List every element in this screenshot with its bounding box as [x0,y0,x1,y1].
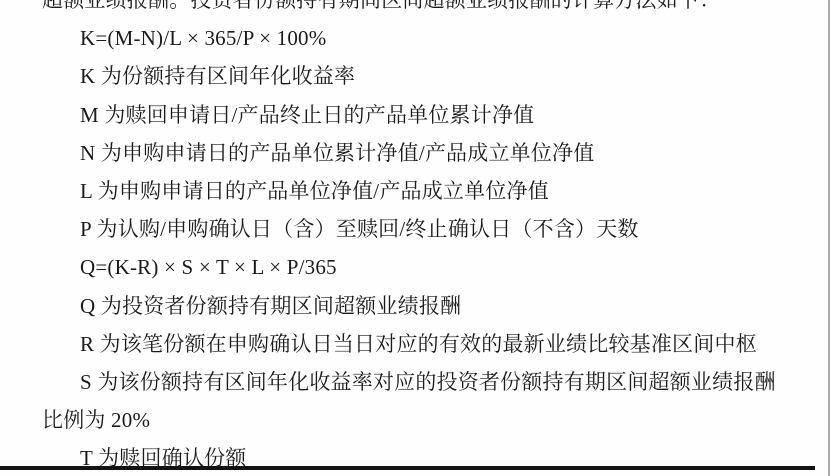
definition-s-wrap-ratio: 比例为 20% [42,401,830,439]
definition-s: S 为该份额持有区间年化收益率对应的投资者份额持有期区间超额业绩报酬 [80,363,830,401]
bottom-border-line [0,466,815,470]
definition-t: T 为赎回确认份额 [80,439,830,476]
definition-l: L 为申购申请日的产品单位净值/产品成立单位净值 [80,172,830,210]
clipped-top-line: 超额业绩报酬。投资者份额持有期间区间超额业绩报酬的计算方法如下： [42,0,830,19]
formula-k-annualized-return: K=(M-N)/L × 365/P × 100% [80,19,830,57]
definition-q: Q 为投资者份额持有期区间超额业绩报酬 [80,287,830,325]
document-page: 超额业绩报酬。投资者份额持有期间区间超额业绩报酬的计算方法如下： K=(M-N)… [0,0,830,476]
definition-m: M 为赎回申请日/产品终止日的产品单位累计净值 [80,96,830,134]
definition-n: N 为申购申请日的产品单位累计净值/产品成立单位净值 [80,134,830,172]
formula-q-excess-performance-fee: Q=(K-R) × S × T × L × P/365 [80,248,830,286]
document-text-block: 超额业绩报酬。投资者份额持有期间区间超额业绩报酬的计算方法如下： K=(M-N)… [0,0,830,476]
definition-r: R 为该笔份额在申购确认日当日对应的有效的最新业绩比较基准区间中枢 [80,325,830,363]
definition-k: K 为份额持有区间年化收益率 [80,57,830,95]
definition-p: P 为认购/申购确认日（含）至赎回/终止确认日（不含）天数 [80,210,830,248]
